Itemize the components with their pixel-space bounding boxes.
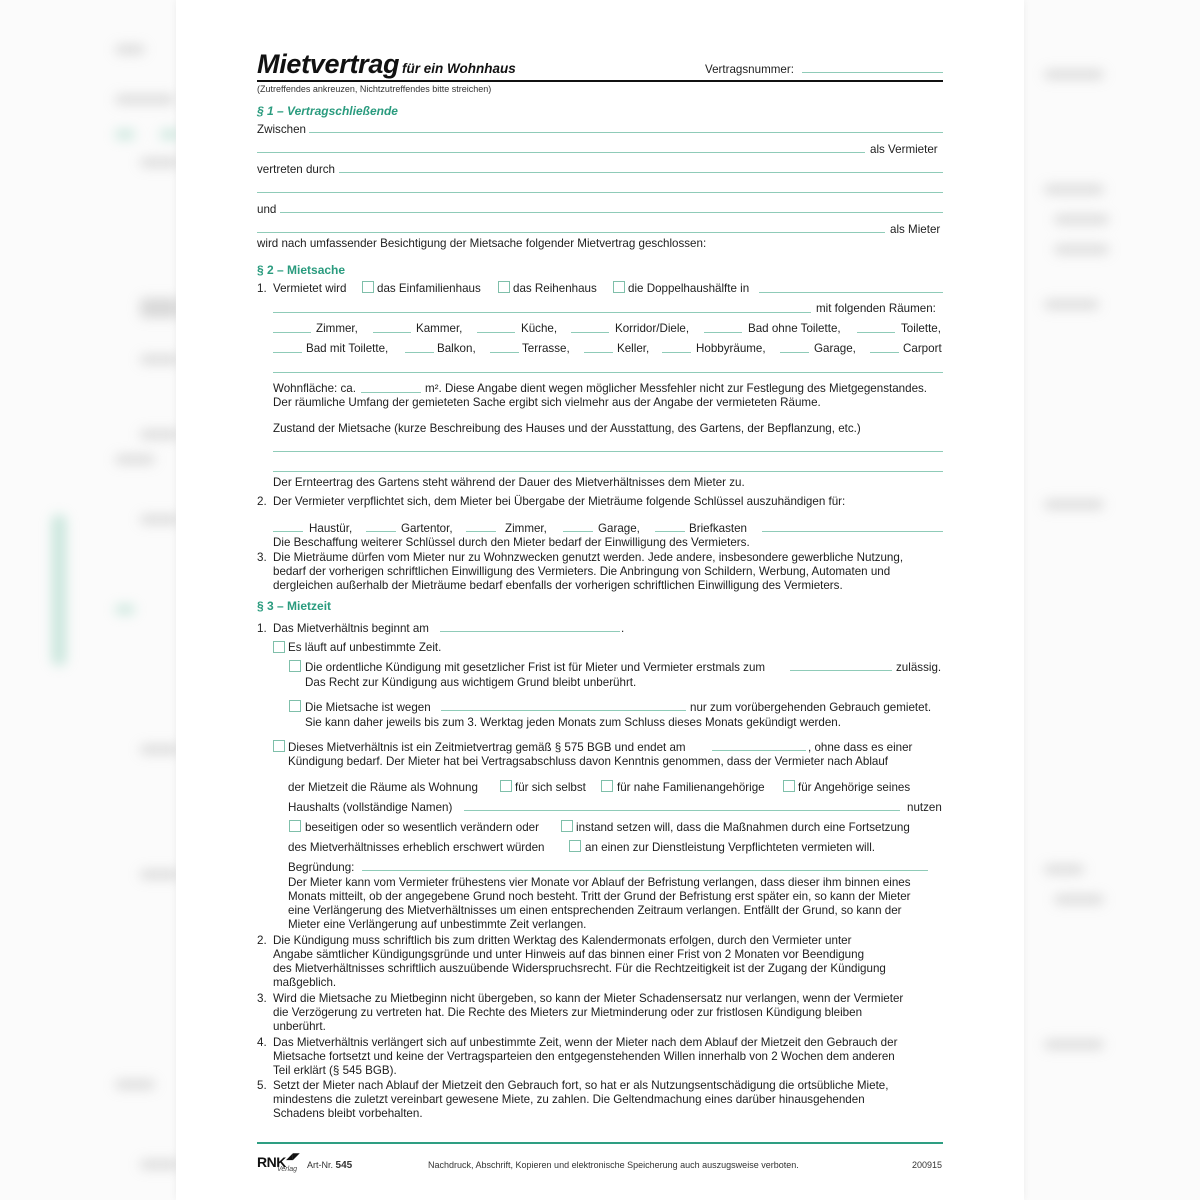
vertreten-durch-label: vertreten durch <box>257 163 335 177</box>
checkbox-instand-setzen[interactable] <box>561 820 573 832</box>
clause-text: des Mietverhältnisses schriftlich auszuü… <box>273 962 886 976</box>
room-count-field[interactable] <box>662 352 691 353</box>
wohnflaeche-text: m². Diese Angabe dient wegen möglicher M… <box>425 382 927 396</box>
clause-text: mindestens die zuletzt vereinbart gewese… <box>273 1093 865 1107</box>
clause-text: Wird die Mietsache zu Mietbeginn nicht ü… <box>273 992 903 1006</box>
section-3-heading: § 3 – Mietzeit <box>257 599 331 613</box>
use-option: für Angehörige seines <box>798 781 910 795</box>
zulaessig-label: zulässig. <box>896 661 941 675</box>
usage-text: Die Mieträume dürfen vom Mieter nur zu W… <box>273 551 903 565</box>
room-label: Keller, <box>617 342 649 356</box>
ohne-dass-text: , ohne dass es einer <box>808 741 912 755</box>
checkbox-doppelhaushaelfte[interactable] <box>613 281 625 293</box>
zustand-field-2[interactable] <box>273 471 943 472</box>
voruebergehend-text: nur zum vorübergehenden Gebrauch gemiete… <box>690 701 931 715</box>
option-reihenhaus: das Reihenhaus <box>513 282 597 296</box>
checkbox-familienangehoerige[interactable] <box>601 780 613 792</box>
instand-text: instand setzen will, dass die Maßnahmen … <box>576 821 910 835</box>
item-number: 1. <box>257 622 267 636</box>
room-count-field[interactable] <box>477 332 515 333</box>
end-date-field[interactable] <box>712 750 806 751</box>
checkbox-haushaltsangehoerige[interactable] <box>783 780 795 792</box>
ordentlich-text: Die ordentliche Kündigung mit gesetzlich… <box>305 661 765 675</box>
location-field[interactable] <box>759 292 943 293</box>
clause-text: Mietsache fortsetzt und keine der Vertra… <box>273 1050 895 1064</box>
befristung-text: Mieter eine Verlängerung auf unbestimmte… <box>288 918 586 932</box>
checkbox-zeitmietvertrag[interactable] <box>273 740 285 752</box>
publisher-logo: RNK ◢◤ Verlag <box>257 1154 286 1172</box>
key-label: Garage, <box>598 522 640 536</box>
checkbox-sich-selbst[interactable] <box>500 780 512 792</box>
option-einfamilienhaus: das Einfamilienhaus <box>377 282 481 296</box>
other-rooms-field[interactable] <box>273 372 943 373</box>
zustand-field[interactable] <box>273 451 943 452</box>
room-count-field[interactable] <box>704 332 742 333</box>
wohnflaeche-field[interactable] <box>361 392 421 393</box>
checkbox-ordentliche-kuendigung[interactable] <box>289 660 301 672</box>
footer-rule <box>257 1142 943 1144</box>
der-mietzeit-text: der Mietzeit die Räume als Wohnung <box>288 781 478 795</box>
article-label-text: Art-Nr. <box>307 1160 333 1170</box>
option-doppelhaushaelfte: die Doppelhaushälfte in <box>628 282 749 296</box>
representative-field[interactable] <box>339 172 943 173</box>
des-mietverh-text: des Mietverhältnisses erheblich erschwer… <box>288 841 544 855</box>
keys-note: Die Beschaffung weiterer Schlüssel durch… <box>273 536 750 550</box>
room-count-field[interactable] <box>780 352 809 353</box>
item-number: 3. <box>257 992 267 1006</box>
contract-number-field[interactable] <box>802 72 943 73</box>
room-label: Bad ohne Toilette, <box>748 322 841 336</box>
als-mieter-label: als Mieter <box>890 223 940 237</box>
room-label: Kammer, <box>416 322 462 336</box>
checkbox-voruebergehend[interactable] <box>289 700 301 712</box>
background-blur-left <box>0 0 176 1200</box>
room-count-field[interactable] <box>870 352 899 353</box>
key-label: Zimmer, <box>505 522 547 536</box>
location-field-2[interactable] <box>273 312 811 313</box>
clause-text: Schadens bleibt vorbehalten. <box>273 1107 423 1121</box>
item-number: 2. <box>257 934 267 948</box>
closing-statement: wird nach umfassender Besichtigung der M… <box>257 237 706 251</box>
item-number: 4. <box>257 1036 267 1050</box>
key-label: Briefkasten <box>689 522 747 536</box>
key-count-field[interactable] <box>466 531 496 532</box>
instructions-note: (Zutreffendes ankreuzen, Nichtzutreffend… <box>257 84 491 94</box>
key-label: Haustür, <box>309 522 352 536</box>
key-count-field[interactable] <box>366 531 396 532</box>
other-keys-field[interactable] <box>762 531 943 532</box>
key-count-field[interactable] <box>655 531 685 532</box>
begruendung-label: Begründung: <box>288 861 354 875</box>
ernteertrag-text: Der Ernteertrag des Gartens steht währen… <box>273 476 745 490</box>
start-date-field[interactable] <box>440 631 620 632</box>
befristung-text: eine Verlängerung des Mietverhältnisses … <box>288 904 902 918</box>
use-option: für sich selbst <box>515 781 586 795</box>
room-label: Terrasse, <box>522 342 570 356</box>
representative-field-2[interactable] <box>257 192 943 193</box>
checkbox-beseitigen[interactable] <box>289 820 301 832</box>
room-label: Carport <box>903 342 942 356</box>
room-count-field[interactable] <box>273 352 302 353</box>
kuendigung-bedarf-text: Kündigung bedarf. Der Mieter hat bei Ver… <box>288 755 888 769</box>
contract-number-label: Vertragsnummer: <box>705 63 794 77</box>
room-label: Garage, <box>814 342 856 356</box>
dienstleistung-text: an einen zur Dienstleistung Verpflichtet… <box>585 841 875 855</box>
section-2-heading: § 2 – Mietsache <box>257 263 345 277</box>
clause-text: Das Mietverhältnis verlängert sich auf u… <box>273 1036 897 1050</box>
room-count-field[interactable] <box>490 352 519 353</box>
room-count-field[interactable] <box>373 332 411 333</box>
household-names-field[interactable] <box>464 810 900 811</box>
checkbox-einfamilienhaus[interactable] <box>362 281 374 293</box>
copyright-notice: Nachdruck, Abschrift, Kopieren und elekt… <box>428 1160 799 1170</box>
usage-text: dergleichen außerhalb der Mieträume beda… <box>273 579 843 593</box>
clause-text: Angabe sämtlicher Kündigungsgründe und u… <box>273 948 864 962</box>
item-number: 3. <box>257 551 267 565</box>
keys-intro: Der Vermieter verpflichtet sich, dem Mie… <box>273 495 845 509</box>
room-label: Zimmer, <box>316 322 358 336</box>
page-subtitle: für ein Wohnhaus <box>402 61 516 76</box>
checkbox-dienstleistung[interactable] <box>569 840 581 852</box>
checkbox-unbestimmt[interactable] <box>273 641 285 653</box>
header-rule <box>257 80 943 82</box>
first-termination-date-field[interactable] <box>790 670 892 671</box>
room-count-field[interactable] <box>857 332 895 333</box>
article-label: Art-Nr. 545 <box>307 1160 352 1171</box>
page-title: Mietvertrag <box>257 49 399 80</box>
befristung-text: Monats mitteilt, ob der angegebene Grund… <box>288 890 911 904</box>
vermietet-wird-label: Vermietet wird <box>273 282 346 296</box>
landlord-name-field[interactable] <box>309 132 943 133</box>
room-count-field[interactable] <box>273 332 311 333</box>
room-label: Balkon, <box>437 342 476 356</box>
zustand-label: Zustand der Mietsache (kurze Beschreibun… <box>273 422 861 436</box>
recht-text: Das Recht zur Kündigung aus wichtigem Gr… <box>305 676 636 690</box>
clause-text: Teil erklärt (§ 545 BGB). <box>273 1064 397 1078</box>
tenant-name-field[interactable] <box>280 212 943 213</box>
reason-field[interactable] <box>441 710 686 711</box>
wohnflaeche-text-2: Der räumliche Umfang der gemieteten Sach… <box>273 396 821 410</box>
document-sheet: Mietvertrag für ein Wohnhaus Vertragsnum… <box>176 0 1024 1200</box>
room-label: Küche, <box>521 322 557 336</box>
room-count-field[interactable] <box>584 352 613 353</box>
usage-text: bedarf der vorherigen schriftlichen Einw… <box>273 565 890 579</box>
room-label: Korridor/Diele, <box>615 322 689 336</box>
tenant-address-field[interactable] <box>257 232 885 233</box>
beseitigen-text: beseitigen oder so wesentlich verändern … <box>305 821 539 835</box>
mietsache-wegen-label: Die Mietsache ist wegen <box>305 701 431 715</box>
key-label: Gartentor, <box>401 522 453 536</box>
als-vermieter-label: als Vermieter <box>870 143 938 157</box>
room-count-field[interactable] <box>405 352 434 353</box>
room-label: Hobbyräume, <box>696 342 766 356</box>
und-label: und <box>257 203 276 217</box>
clause-text: Die Kündigung muss schriftlich bis zum d… <box>273 934 851 948</box>
item-number: 5. <box>257 1079 267 1093</box>
beginnt-am-label: Das Mietverhältnis beginnt am <box>273 622 429 636</box>
begruendung-field[interactable] <box>362 870 928 871</box>
logo-subtext: Verlag <box>277 1166 297 1173</box>
room-label: Toilette, <box>901 322 941 336</box>
kann-daher-text: Sie kann daher jeweils bis zum 3. Werkta… <box>305 716 841 730</box>
key-count-field[interactable] <box>563 531 593 532</box>
background-blur-right <box>1024 0 1200 1200</box>
form-code: 200915 <box>912 1160 942 1170</box>
clause-text: Setzt der Mieter nach Ablauf der Mietzei… <box>273 1079 888 1093</box>
room-count-field[interactable] <box>571 332 609 333</box>
zwischen-label: Zwischen <box>257 123 306 137</box>
landlord-address-field[interactable] <box>257 152 865 153</box>
section-1-heading: § 1 – Vertragschließende <box>257 104 398 118</box>
zeitmiet-text: Dieses Mietverhältnis ist ein Zeitmietve… <box>288 741 686 755</box>
clause-text: unberührt. <box>273 1020 326 1034</box>
wohnflaeche-label: Wohnfläche: ca. <box>273 382 356 396</box>
item-number: 2. <box>257 495 267 509</box>
period: . <box>621 622 624 636</box>
mit-raeumen-label: mit folgenden Räumen: <box>816 302 936 316</box>
article-number: 545 <box>336 1160 353 1171</box>
checkbox-reihenhaus[interactable] <box>498 281 510 293</box>
use-option: für nahe Familienangehörige <box>617 781 765 795</box>
unbestimmt-label: Es läuft auf unbestimmte Zeit. <box>288 641 441 655</box>
befristung-text: Der Mieter kann vom Vermieter frühestens… <box>288 876 911 890</box>
nutzen-label: nutzen <box>907 801 942 815</box>
logo-mark-icon: ◢◤ <box>286 1151 300 1162</box>
haushalts-label: Haushalts (vollständige Namen) <box>288 801 452 815</box>
key-count-field[interactable] <box>273 531 303 532</box>
room-label: Bad mit Toilette, <box>306 342 388 356</box>
item-number: 1. <box>257 282 267 296</box>
clause-text: die Verzögerung zu vertreten hat. Die Re… <box>273 1006 862 1020</box>
clause-text: maßgeblich. <box>273 976 336 990</box>
